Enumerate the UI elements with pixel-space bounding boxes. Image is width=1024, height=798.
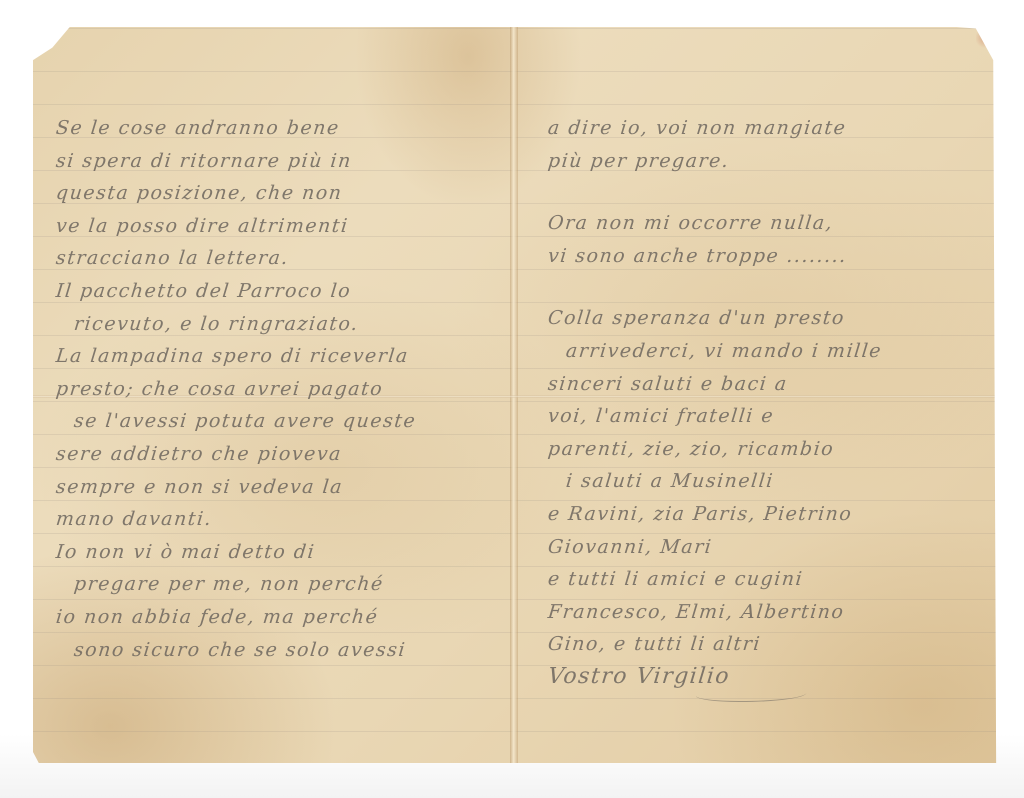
- handwritten-line: vi sono anche troppe ........: [546, 240, 994, 273]
- right-page: a dire io, voi non mangiate più per preg…: [548, 112, 993, 694]
- handwritten-line: sinceri saluti e baci a: [546, 368, 994, 401]
- handwritten-line: Francesco, Elmi, Albertino: [546, 596, 994, 629]
- handwritten-line: Colla speranza d'un presto: [546, 302, 994, 335]
- handwritten-line: si spera di ritornare più in: [54, 145, 507, 178]
- handwritten-line: stracciano la lettera.: [54, 242, 507, 275]
- handwritten-line: questa posizione, che non: [54, 177, 507, 210]
- handwritten-line: sere addietro che pioveva: [54, 438, 507, 471]
- handwritten-line: a dire io, voi non mangiate: [546, 112, 994, 145]
- handwritten-line: Gino, e tutti li altri: [546, 628, 994, 661]
- signature-text: Vostro Virgilio: [547, 664, 732, 689]
- handwritten-line: La lampadina spero di riceverla: [54, 340, 507, 373]
- signature: Vostro Virgilio: [546, 661, 994, 694]
- handwritten-line: e Ravini, zia Paris, Pietrino: [546, 498, 994, 531]
- handwritten-line: ve la posso dire altrimenti: [54, 210, 507, 243]
- handwritten-line: Ora non mi occorre nulla,: [546, 207, 994, 240]
- handwritten-line: e tutti li amici e cugini: [546, 563, 994, 596]
- handwritten-line: sono sicuro che se solo avessi: [54, 634, 507, 667]
- handwritten-line: Giovanni, Mari: [546, 531, 994, 564]
- handwritten-line: Io non vi ò mai detto di: [54, 536, 507, 569]
- handwritten-line: pregare per me, non perché: [54, 568, 507, 601]
- handwritten-line: presto; che cosa avrei pagato: [54, 373, 507, 406]
- handwritten-line: i saluti a Musinelli: [546, 465, 994, 498]
- handwritten-line: ricevuto, e lo ringraziato.: [54, 308, 507, 341]
- handwritten-line: sempre e non si vedeva la: [54, 471, 507, 504]
- letter-sheet: Se le cose andranno bene si spera di rit…: [33, 27, 1000, 763]
- handwritten-line: voi, l'amici fratelli e: [546, 400, 994, 433]
- handwritten-line: arrivederci, vi mando i mille: [546, 335, 994, 368]
- handwritten-line: Il pacchetto del Parroco lo: [54, 275, 507, 308]
- handwritten-line: io non abbia fede, ma perché: [54, 601, 507, 634]
- left-page: Se le cose andranno bene si spera di rit…: [56, 112, 506, 666]
- handwritten-line: più per pregare.: [546, 145, 994, 178]
- handwritten-line: mano davanti.: [54, 503, 507, 536]
- handwritten-line: Se le cose andranno bene: [54, 112, 507, 145]
- handwritten-line: se l'avessi potuta avere queste: [54, 405, 507, 438]
- handwritten-line: parenti, zie, zio, ricambio: [546, 433, 994, 466]
